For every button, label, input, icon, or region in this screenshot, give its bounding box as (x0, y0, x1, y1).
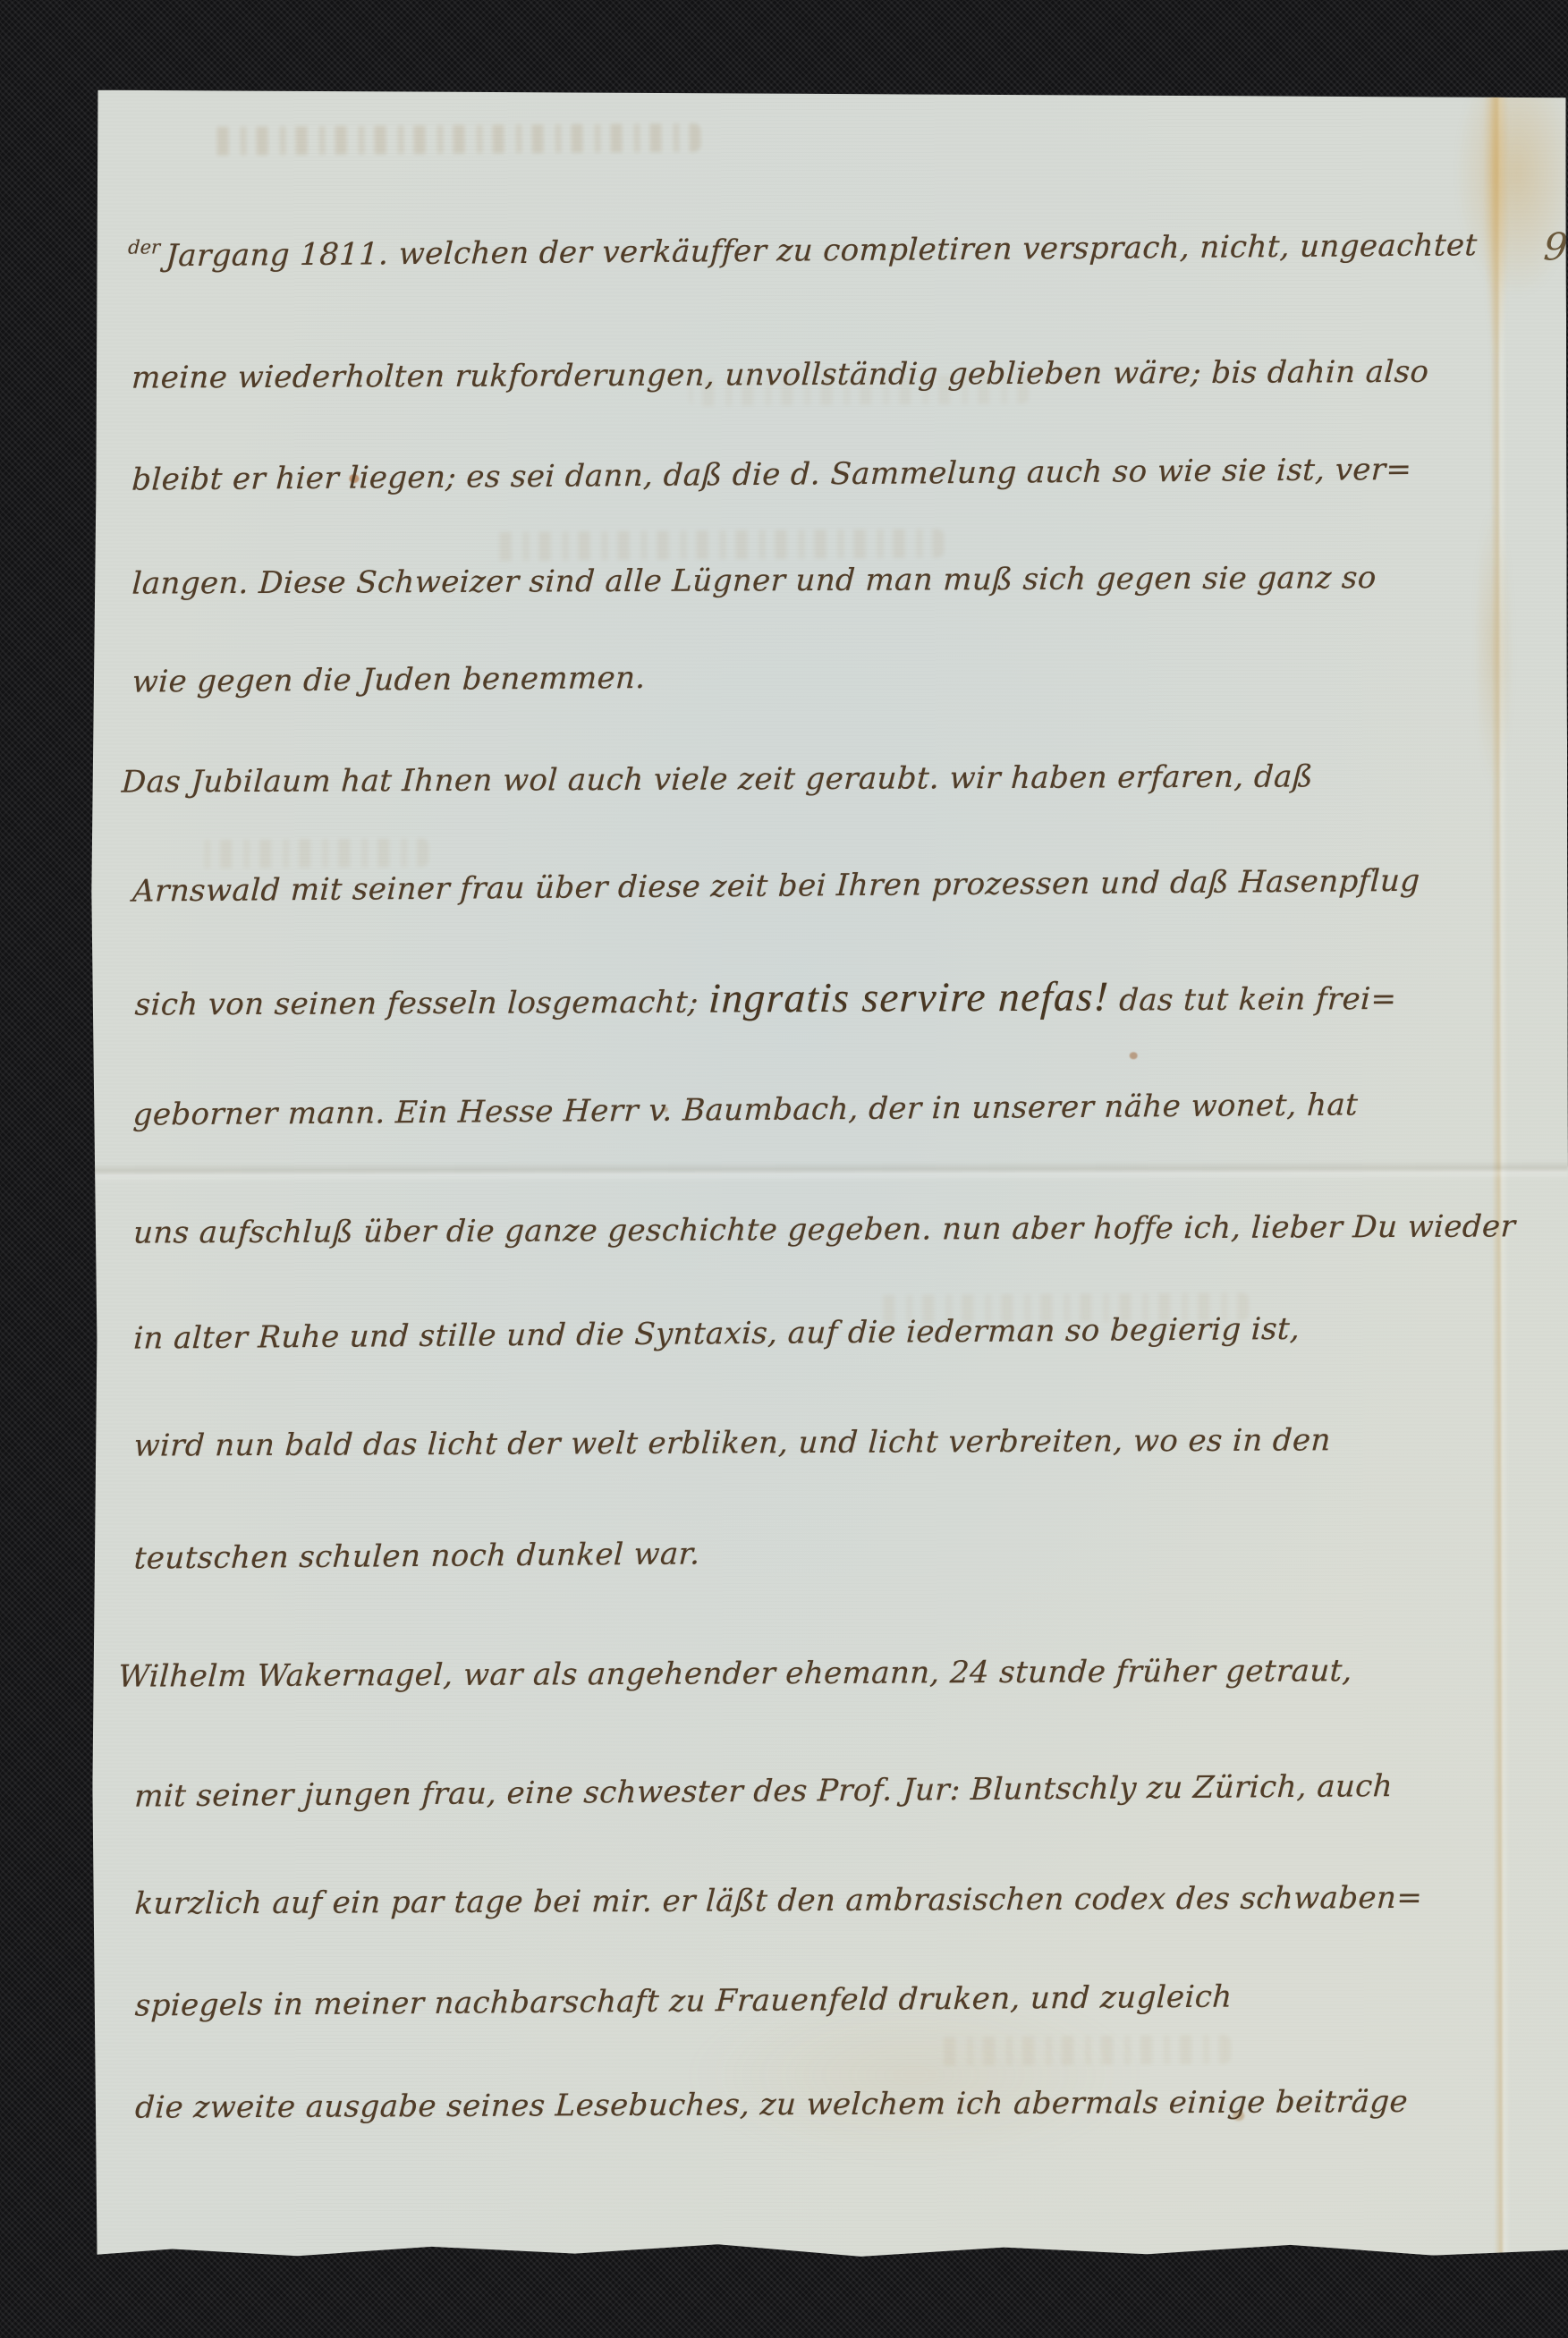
letter-lines: der Jargang 1811. welchen der verkäuffer… (87, 83, 1568, 2261)
letter-line: meine wiederholten rukforderungen, unvol… (131, 354, 1429, 396)
letter-line: Wilhelm Wakernagel, war als angehender e… (117, 1653, 1353, 1695)
letter-line: wie gegen die Juden benemmen. (131, 660, 647, 700)
letter-line: der Jargang 1811. welchen der verkäuffer… (127, 225, 1479, 274)
kurrent-segment: der (128, 236, 167, 258)
letter-line: mit seiner jungen frau, eine schwester d… (134, 1768, 1394, 1815)
letter-line: kurzlich auf ein par tage bei mir. er lä… (134, 1880, 1423, 1922)
letter-paper: 9 der Jargang 1811. welchen der verkäuff… (87, 83, 1568, 2261)
letter-line: wird nun bald das licht der welt erblike… (133, 1422, 1332, 1463)
kurrent-segment: das tut kein frei= (1108, 981, 1397, 1019)
letter-line: geborner mann. Ein Hesse Herr v. Baumbac… (132, 1087, 1359, 1132)
kurrent-segment: Jargang 1811. welchen der verkäuffer zu … (165, 227, 1478, 274)
letter-line: spiegels in meiner nachbarschaft zu Frau… (134, 1979, 1233, 2024)
kurrent-segment: sich von seinen fesseln losgemacht; (134, 985, 709, 1023)
letter-line: uns aufschluß über die ganze geschichte … (132, 1208, 1516, 1250)
latin-phrase: ingratis servire nefas! (708, 973, 1110, 1021)
letter-line: langen. Diese Schweizer sind alle Lügner… (131, 560, 1377, 602)
letter-line: bleibt er hier liegen; es sei dann, daß … (131, 452, 1412, 498)
letter-line: die zweite ausgabe seines Lesebuches, zu… (134, 2084, 1409, 2126)
letter-line: sich von seinen fesseln losgemacht; ingr… (134, 971, 1398, 1026)
letter-line: Arnswald mit seiner frau über diese zeit… (131, 863, 1420, 910)
letter-line: Das Jubilaum hat Ihnen wol auch viele ze… (121, 758, 1314, 800)
letter-line: in alter Ruhe und stille und die Syntaxi… (132, 1311, 1301, 1357)
letter-line: teutschen schulen noch dunkel war. (133, 1536, 701, 1576)
